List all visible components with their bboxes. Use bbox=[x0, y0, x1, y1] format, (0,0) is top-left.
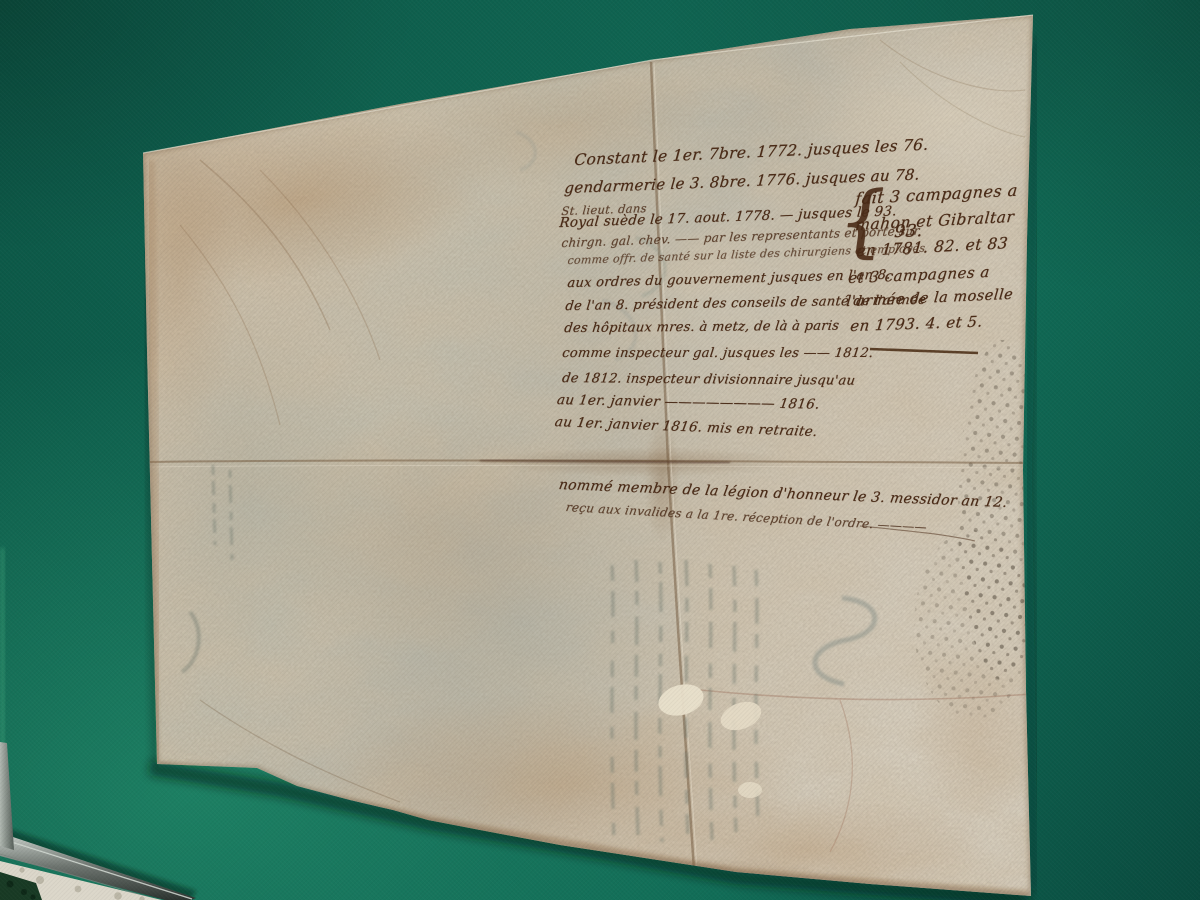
left-edge-light bbox=[0, 548, 5, 744]
photo-scene: Constant le 1er. 7bre. 1772. jusques les… bbox=[0, 0, 1200, 900]
record-line: de 1812. inspecteur divisionnaire jusqu'… bbox=[561, 372, 856, 388]
pale-patch bbox=[738, 782, 762, 798]
parchment-texture bbox=[95, 0, 1100, 900]
frame-left-sliver bbox=[0, 742, 14, 850]
record-line: des hôpitaux mres. à metz, de là à paris bbox=[563, 320, 839, 336]
parchment-graphic bbox=[0, 0, 1200, 900]
record-line: comme inspecteur gal. jusques les —— 181… bbox=[561, 347, 874, 361]
parchment-shadow-right bbox=[1028, 40, 1036, 890]
